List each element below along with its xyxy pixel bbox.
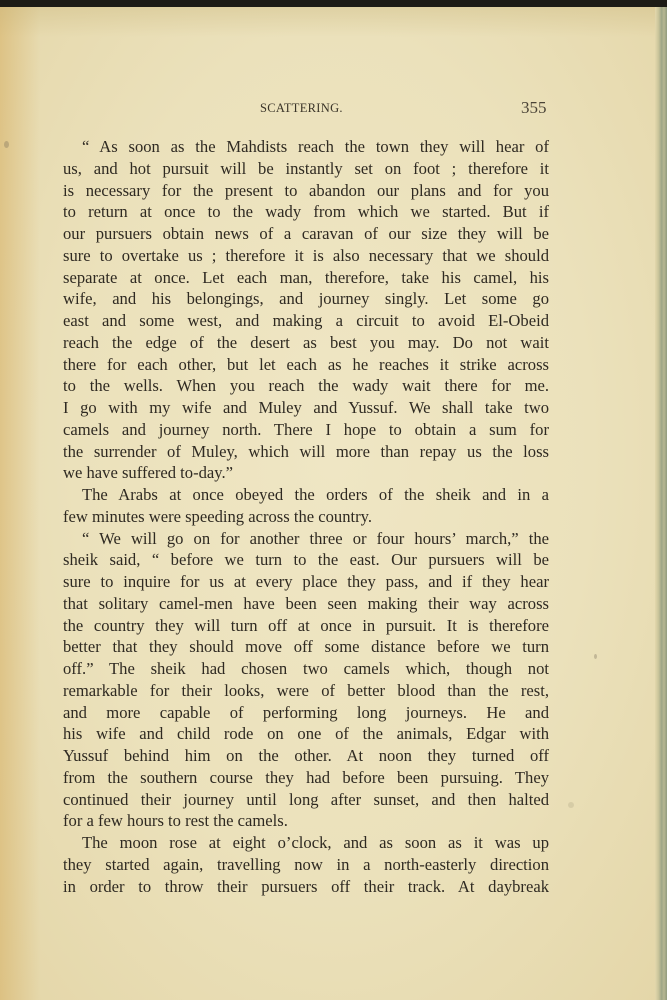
paper-blemish xyxy=(594,654,597,659)
text-line: sure to overtake us ; therefore it is al… xyxy=(63,245,549,267)
text-line: Yussuf behind him on the other. At noon … xyxy=(63,745,549,767)
text-line: to return at once to the wady from which… xyxy=(63,201,549,223)
text-line: there for each other, but let each as he… xyxy=(63,354,549,376)
text-line: few minutes were speeding across the cou… xyxy=(63,506,549,528)
text-line: we have suffered to-day.” xyxy=(63,462,549,484)
paper-blemish xyxy=(4,141,9,148)
text-line: off.” The sheik had chosen two camels wh… xyxy=(63,658,549,680)
book-page: SCATTERING. 355 “ As soon as the Mahdist… xyxy=(0,7,667,1000)
text-line: sheik said, “ before we turn to the east… xyxy=(63,549,549,571)
text-line: separate at once. Let each man, therefor… xyxy=(63,267,549,289)
text-line: the country they will turn off at once i… xyxy=(63,615,549,637)
text-line: reach the edge of the desert as best you… xyxy=(63,332,549,354)
text-line: for a few hours to rest the camels. xyxy=(63,810,549,832)
text-line: and more capable of performing long jour… xyxy=(63,702,549,724)
text-line: from the southern course they had before… xyxy=(63,767,549,789)
body-text: “ As soon as the Mahdists reach the town… xyxy=(63,136,549,897)
text-line: camels and journey north. There I hope t… xyxy=(63,419,549,441)
text-line: The moon rose at eight o’clock, and as s… xyxy=(63,832,549,854)
text-line: “ As soon as the Mahdists reach the town… xyxy=(63,136,549,158)
text-line: better that they should move off some di… xyxy=(63,636,549,658)
text-line: east and some west, and making a circuit… xyxy=(63,310,549,332)
text-line: I go with my wife and Muley and Yussuf. … xyxy=(63,397,549,419)
text-line: “ We will go on for another three or fou… xyxy=(63,528,549,550)
text-line: our pursuers obtain news of a caravan of… xyxy=(63,223,549,245)
text-line: us, and hot pursuit will be instantly se… xyxy=(63,158,549,180)
running-title: SCATTERING. xyxy=(260,101,343,116)
text-line: is necessary for the present to abandon … xyxy=(63,180,549,202)
text-line: that solitary camel-men have been seen m… xyxy=(63,593,549,615)
text-line: to the wells. When you reach the wady wa… xyxy=(63,375,549,397)
text-line: sure to inquire for us at every place th… xyxy=(63,571,549,593)
text-line: continued their journey until long after… xyxy=(63,789,549,811)
text-line: the surrender of Muley, which will more … xyxy=(63,441,549,463)
text-line: they started again, travelling now in a … xyxy=(63,854,549,876)
text-line: wife, and his belongings, and journey si… xyxy=(63,288,549,310)
text-line: his wife and child rode on one of the an… xyxy=(63,723,549,745)
page-header: SCATTERING. 355 xyxy=(0,98,667,118)
text-line: remarkable for their looks, were of bett… xyxy=(63,680,549,702)
page-edge xyxy=(655,7,667,1000)
text-line: The Arabs at once obeyed the orders of t… xyxy=(63,484,549,506)
text-line: in order to throw their pursuers off the… xyxy=(63,876,549,898)
page-number: 355 xyxy=(521,98,547,118)
paper-blemish xyxy=(568,802,574,808)
